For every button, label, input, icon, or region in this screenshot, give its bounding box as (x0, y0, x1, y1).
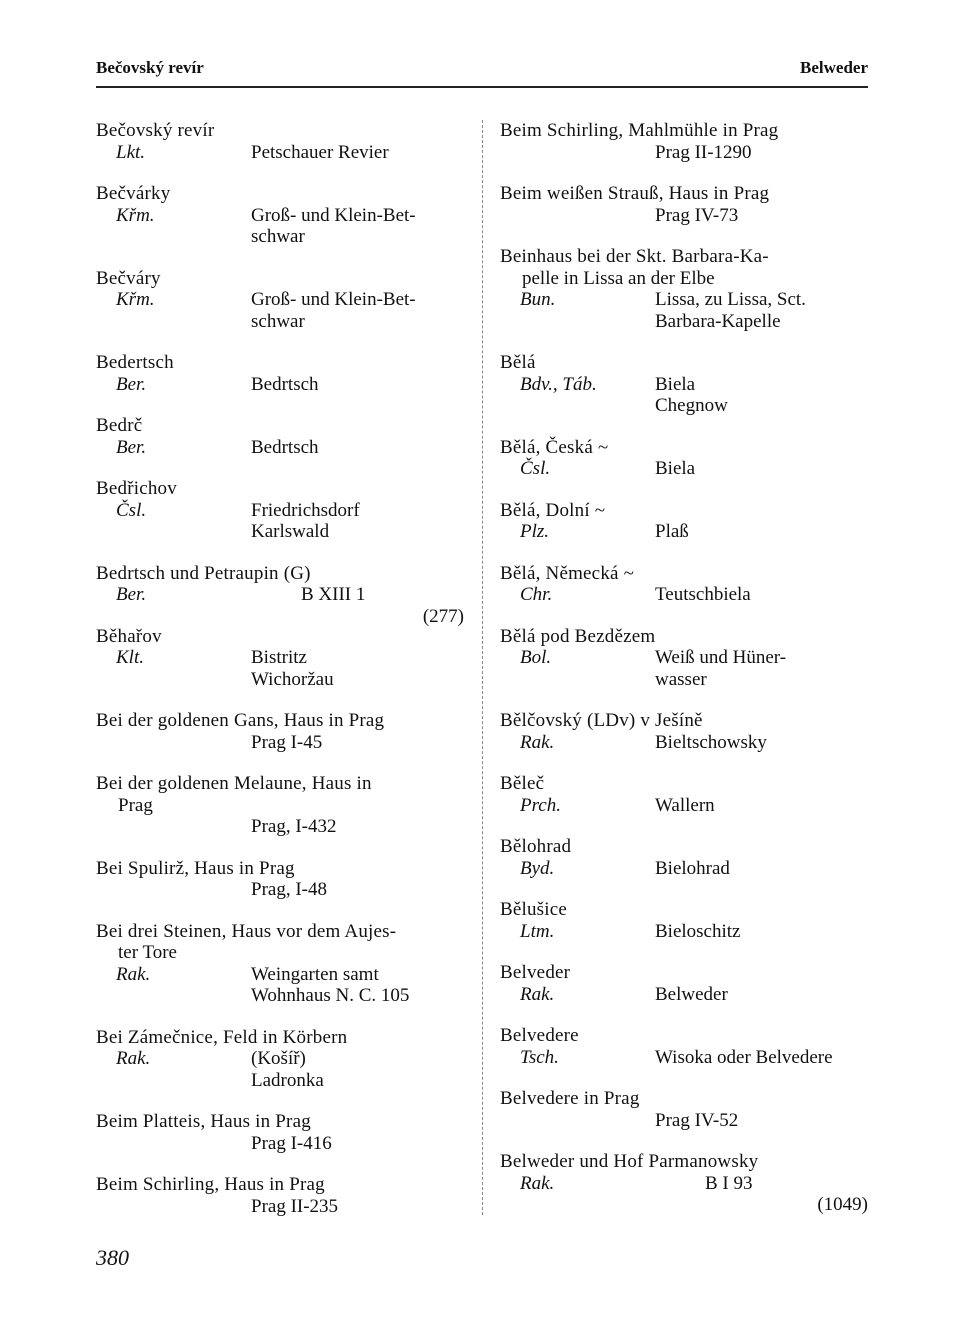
district-abbreviation: Rak. (116, 964, 150, 986)
district-abbreviation: Křm. (116, 205, 155, 227)
index-entry: BedertschBer.Bedrtsch (96, 352, 476, 395)
entry-headword: Bělá, Německá ~ (500, 563, 880, 585)
district-abbreviation: Ltm. (520, 921, 554, 943)
district-abbreviation: Byd. (520, 858, 554, 880)
entry-row: Rak.B I 93(1049) (500, 1173, 880, 1195)
entry-row: wasser (500, 669, 880, 691)
german-name: Chegnow (655, 395, 880, 417)
entry-row: Chegnow (500, 395, 880, 417)
entry-headword: Bělá, Česká ~ (500, 437, 880, 459)
entry-row: Klt.Bistritz (96, 647, 476, 669)
german-name: Prag IV-52 (655, 1110, 880, 1132)
entry-row: Barbara-Kapelle (500, 311, 880, 333)
district-abbreviation: Ber. (116, 437, 146, 459)
entry-row: Prag, I-48 (96, 879, 476, 901)
german-name: wasser (655, 669, 880, 691)
german-name: (Košíř) (251, 1048, 476, 1070)
header-rule (96, 86, 868, 88)
german-name: Prag II-235 (251, 1196, 476, 1218)
index-entry: Beinhaus bei der Skt. Barbara-Ka-pelle i… (500, 246, 880, 332)
entry-headword: Bělohrad (500, 836, 880, 858)
german-name: Bedrtsch (251, 437, 476, 459)
entry-headword: Bečovský revír (96, 120, 476, 142)
german-name: Weiß und Hüner- (655, 647, 880, 669)
index-entry: BedřichovČsl.FriedrichsdorfKarlswald (96, 478, 476, 543)
german-name: Prag, I-48 (251, 879, 476, 901)
german-name: B XIII 1 (301, 584, 476, 606)
entry-row: Prag I-416 (96, 1133, 476, 1155)
index-entry: BelvederRak.Belweder (500, 962, 880, 1005)
entry-row: Prag I-45 (96, 732, 476, 754)
entry-headword: Bečvárky (96, 183, 476, 205)
entry-row: Ber.Bedrtsch (96, 437, 476, 459)
entry-row: Rak.Belweder (500, 984, 880, 1006)
german-name: Bieltschowsky (655, 732, 880, 754)
district-abbreviation: Bun. (520, 289, 555, 311)
german-name: Biela (655, 458, 880, 480)
entry-headword: Bei Spulirž, Haus in Prag (96, 858, 476, 880)
reference-number: (1049) (817, 1194, 868, 1216)
german-name: Ladronka (251, 1070, 476, 1092)
left-column: Bečovský revírLkt.Petschauer RevierBečvá… (96, 120, 476, 1237)
index-entry: Belvedere in PragPrag IV-52 (500, 1088, 880, 1131)
entry-headword: Bělušice (500, 899, 880, 921)
entry-row: schwar (96, 226, 476, 248)
german-name: Wisoka oder Belvedere (655, 1047, 880, 1069)
entry-headword: Belvedere in Prag (500, 1088, 880, 1110)
german-name: Karlswald (251, 521, 476, 543)
entry-headword: Beim Platteis, Haus in Prag (96, 1111, 476, 1133)
index-entry: Beim Schirling, Mahlmühle in PragPrag II… (500, 120, 880, 163)
index-entry: Beim Schirling, Haus in PragPrag II-235 (96, 1174, 476, 1217)
district-abbreviation: Křm. (116, 289, 155, 311)
running-header: Bečovský revír Belweder (96, 58, 868, 90)
entry-row: Rak.(Košíř) (96, 1048, 476, 1070)
entry-headword: Běhařov (96, 626, 476, 648)
reference-number: (277) (423, 606, 464, 628)
entry-row: Bol.Weiß und Hüner- (500, 647, 880, 669)
district-abbreviation: Klt. (116, 647, 144, 669)
district-abbreviation: Chr. (520, 584, 552, 606)
german-name: Weingarten samt (251, 964, 476, 986)
german-name: Groß- und Klein-Bet- (251, 289, 476, 311)
entry-row: Prch.Wallern (500, 795, 880, 817)
index-entry: Bei Spulirž, Haus in PragPrag, I-48 (96, 858, 476, 901)
entry-row: Ber.Bedrtsch (96, 374, 476, 396)
german-name: Prag, I-432 (251, 816, 476, 838)
index-entry: BedrčBer.Bedrtsch (96, 415, 476, 458)
index-entry: Bei der goldenen Melaune, Haus inPragPra… (96, 773, 476, 838)
german-name: Plaß (655, 521, 880, 543)
entry-headword-continuation: ter Tore (96, 942, 476, 964)
entry-row: Prag, I-432 (96, 816, 476, 838)
index-entry: BělušiceLtm.Bieloschitz (500, 899, 880, 942)
district-abbreviation: Čsl. (520, 458, 550, 480)
entry-headword: Bei drei Steinen, Haus vor dem Aujes- (96, 921, 476, 943)
index-entry: BěláBdv., Táb.BielaChegnow (500, 352, 880, 417)
entry-row: Karlswald (96, 521, 476, 543)
district-abbreviation: Lkt. (116, 142, 145, 164)
entry-headword: Bei der goldenen Melaune, Haus in (96, 773, 476, 795)
index-entry: Beim Platteis, Haus in PragPrag I-416 (96, 1111, 476, 1154)
district-abbreviation: Ber. (116, 584, 146, 606)
district-abbreviation: Rak. (520, 1173, 554, 1195)
index-entry: BělečPrch.Wallern (500, 773, 880, 816)
entry-headword: Belvedere (500, 1025, 880, 1047)
entry-row: Prag IV-73 (500, 205, 880, 227)
index-entry: Beim weißen Strauß, Haus in PragPrag IV-… (500, 183, 880, 226)
district-abbreviation: Tsch. (520, 1047, 559, 1069)
entry-headword: Bečváry (96, 268, 476, 290)
entry-headword: Bedertsch (96, 352, 476, 374)
german-name: Bedrtsch (251, 374, 476, 396)
index-entry: Bedrtsch und Petraupin (G)Ber.B XIII 1(2… (96, 563, 476, 606)
german-name: Groß- und Klein-Bet- (251, 205, 476, 227)
entry-headword-continuation: pelle in Lissa an der Elbe (500, 268, 880, 290)
entry-headword: Bei Zámečnice, Feld in Körbern (96, 1027, 476, 1049)
index-entry: Bělá, Dolní ~Plz.Plaß (500, 500, 880, 543)
german-name: Petschauer Revier (251, 142, 476, 164)
entry-row: Křm.Groß- und Klein-Bet- (96, 289, 476, 311)
german-name: Friedrichsdorf (251, 500, 476, 522)
district-abbreviation: Čsl. (116, 500, 146, 522)
entry-row: Prag IV-52 (500, 1110, 880, 1132)
index-entry: Bělčovský (LDv) v JešíněRak.Bieltschowsk… (500, 710, 880, 753)
entry-row: Wichoržau (96, 669, 476, 691)
district-abbreviation: Rak. (116, 1048, 150, 1070)
entry-row: Čsl.Friedrichsdorf (96, 500, 476, 522)
german-name: Lissa, zu Lissa, Sct. (655, 289, 880, 311)
german-name: Wohnhaus N. C. 105 (251, 985, 476, 1007)
entry-row: Prag II-1290 (500, 142, 880, 164)
index-entry: Bei der goldenen Gans, Haus in PragPrag … (96, 710, 476, 753)
entry-row: Ladronka (96, 1070, 476, 1092)
entry-row: Ltm.Bieloschitz (500, 921, 880, 943)
right-column: Beim Schirling, Mahlmühle in PragPrag II… (500, 120, 880, 1214)
entry-headword: Bedřichov (96, 478, 476, 500)
entry-row: Křm.Groß- und Klein-Bet- (96, 205, 476, 227)
german-name: Biela (655, 374, 880, 396)
entry-row: Chr.Teutschbiela (500, 584, 880, 606)
index-entry: Bei Zámečnice, Feld in KörbernRak.(Košíř… (96, 1027, 476, 1092)
entry-headword-continuation: Prag (96, 795, 476, 817)
index-entry: BečváryKřm.Groß- und Klein-Bet-schwar (96, 268, 476, 333)
german-name: Prag IV-73 (655, 205, 880, 227)
entry-row: Rak.Bieltschowsky (500, 732, 880, 754)
entry-headword: Belveder (500, 962, 880, 984)
german-name: B I 93 (705, 1173, 880, 1195)
entry-row: Čsl.Biela (500, 458, 880, 480)
entry-headword: Beim Schirling, Haus in Prag (96, 1174, 476, 1196)
entry-headword: Bei der goldenen Gans, Haus in Prag (96, 710, 476, 732)
district-abbreviation: Ber. (116, 374, 146, 396)
district-abbreviation: Rak. (520, 984, 554, 1006)
entry-headword: Beinhaus bei der Skt. Barbara-Ka- (500, 246, 880, 268)
german-name: Bieloschitz (655, 921, 880, 943)
entry-headword: Bedrč (96, 415, 476, 437)
page-number: 380 (96, 1245, 129, 1271)
german-name: Bistritz (251, 647, 476, 669)
entry-headword: Belweder und Hof Parmanowsky (500, 1151, 880, 1173)
index-entry: Bělá, Česká ~Čsl.Biela (500, 437, 880, 480)
german-name: Wallern (655, 795, 880, 817)
index-entry: BěhařovKlt.BistritzWichoržau (96, 626, 476, 691)
district-abbreviation: Prch. (520, 795, 561, 817)
district-abbreviation: Bol. (520, 647, 551, 669)
index-entry: Bělá, Německá ~Chr.Teutschbiela (500, 563, 880, 606)
entry-row: Bun.Lissa, zu Lissa, Sct. (500, 289, 880, 311)
entry-headword: Bedrtsch und Petraupin (G) (96, 563, 476, 585)
entry-headword: Běleč (500, 773, 880, 795)
entry-row: Byd.Bielohrad (500, 858, 880, 880)
entry-row: Plz.Plaß (500, 521, 880, 543)
entry-headword: Bělčovský (LDv) v Ješíně (500, 710, 880, 732)
german-name: schwar (251, 311, 476, 333)
german-name: Prag I-45 (251, 732, 476, 754)
index-entry: Belweder und Hof ParmanowskyRak.B I 93(1… (500, 1151, 880, 1194)
header-first-entry: Bečovský revír (96, 58, 204, 78)
german-name: schwar (251, 226, 476, 248)
german-name: Barbara-Kapelle (655, 311, 880, 333)
index-entry: BelvedereTsch.Wisoka oder Belvedere (500, 1025, 880, 1068)
entry-row: Tsch.Wisoka oder Belvedere (500, 1047, 880, 1069)
entry-headword: Bělá (500, 352, 880, 374)
german-name: Wichoržau (251, 669, 476, 691)
german-name: Bielohrad (655, 858, 880, 880)
entry-row: Bdv., Táb.Biela (500, 374, 880, 396)
entry-row: Rak.Weingarten samt (96, 964, 476, 986)
german-name: Prag I-416 (251, 1133, 476, 1155)
district-abbreviation: Plz. (520, 521, 549, 543)
entry-row: Lkt.Petschauer Revier (96, 142, 476, 164)
entry-headword: Bělá, Dolní ~ (500, 500, 880, 522)
index-entry: Bečovský revírLkt.Petschauer Revier (96, 120, 476, 163)
column-divider (482, 120, 483, 1215)
index-entry: BečvárkyKřm.Groß- und Klein-Bet-schwar (96, 183, 476, 248)
german-name: Belweder (655, 984, 880, 1006)
entry-row: Wohnhaus N. C. 105 (96, 985, 476, 1007)
index-entry: BělohradByd.Bielohrad (500, 836, 880, 879)
district-abbreviation: Bdv., Táb. (520, 374, 597, 396)
entry-headword: Beim Schirling, Mahlmühle in Prag (500, 120, 880, 142)
header-last-entry: Belweder (800, 58, 868, 78)
entry-row: schwar (96, 311, 476, 333)
german-name: Prag II-1290 (655, 142, 880, 164)
german-name: Teutschbiela (655, 584, 880, 606)
index-entry: Bei drei Steinen, Haus vor dem Aujes-ter… (96, 921, 476, 1007)
entry-headword: Bělá pod Bezdězem (500, 626, 880, 648)
entry-row: Prag II-235 (96, 1196, 476, 1218)
entry-row: Ber.B XIII 1(277) (96, 584, 476, 606)
entry-headword: Beim weißen Strauß, Haus in Prag (500, 183, 880, 205)
index-entry: Bělá pod BezdězemBol.Weiß und Hüner-wass… (500, 626, 880, 691)
district-abbreviation: Rak. (520, 732, 554, 754)
